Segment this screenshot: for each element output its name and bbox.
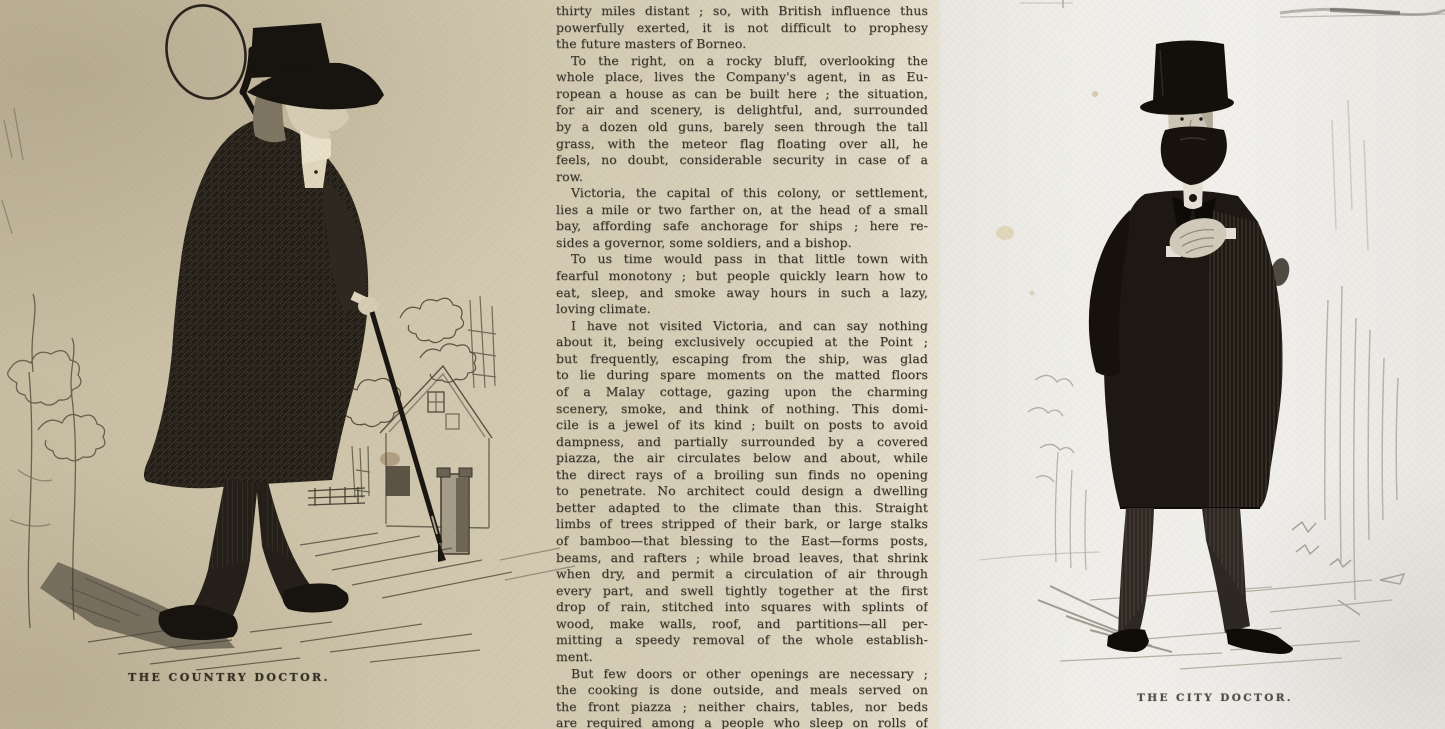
text-line: for air and scenery, is delightful, and,… bbox=[556, 102, 928, 119]
text-line: Victoria, the capital of this colony, or… bbox=[556, 185, 928, 202]
country-doctor-hand bbox=[358, 297, 378, 315]
text-line: lies a mile or two farther on, at the he… bbox=[556, 202, 928, 219]
city-doctor-coat-stripes bbox=[1208, 210, 1283, 508]
text-line: eat, sleep, and smoke away hours in such… bbox=[556, 285, 928, 302]
city-background-trees bbox=[1292, 100, 1404, 615]
article-text-column: thirty miles distant ; so, with British … bbox=[556, 3, 928, 729]
text-line: ment. bbox=[556, 649, 928, 666]
text-line: feels, no doubt, considerable security i… bbox=[556, 152, 928, 169]
city-fox-spots bbox=[996, 91, 1098, 296]
text-line: the cooking is done outside, and meals s… bbox=[556, 682, 928, 699]
text-line: whole place, lives the Company's agent, … bbox=[556, 69, 928, 86]
text-line: beams, and rafters ; while broad leaves,… bbox=[556, 550, 928, 567]
text-line: the front piazza ; neither chairs, table… bbox=[556, 699, 928, 716]
city-doctor-engraving bbox=[940, 0, 1445, 729]
text-line: are required among a people who sleep on… bbox=[556, 715, 928, 729]
country-doctor-whip bbox=[157, 0, 260, 122]
fox-spot bbox=[380, 452, 400, 466]
text-line: by a dozen old guns, barely seen through… bbox=[556, 119, 928, 136]
text-line: dampness, and partially surrounded by a … bbox=[556, 434, 928, 451]
text-line: better adapted to the climate than this.… bbox=[556, 500, 928, 517]
text-line: powerfully exerted, it is not difficult … bbox=[556, 20, 928, 37]
text-line: bay, affording safe anchorage for ships … bbox=[556, 218, 928, 235]
city-doctor-beard bbox=[1161, 127, 1227, 186]
text-line: piazza, the air circulates below and abo… bbox=[556, 450, 928, 467]
city-ground-lines bbox=[980, 552, 1392, 669]
text-line: but frequently, escaping from the ship, … bbox=[556, 351, 928, 368]
text-line: to penetrate. No architect could design … bbox=[556, 483, 928, 500]
country-doctor-figure bbox=[144, 0, 446, 640]
text-line: the future masters of Borneo. bbox=[556, 36, 928, 53]
text-line: of a Malay cottage, gazing upon the char… bbox=[556, 384, 928, 401]
country-doctor-coat-hatch bbox=[144, 120, 368, 488]
city-doctor-tie-knot bbox=[1189, 194, 1197, 202]
text-line: the direct rays of a broiling sun finds … bbox=[556, 467, 928, 484]
country-doctor-front-shoe bbox=[283, 583, 349, 612]
text-line: To the right, on a rocky bluff, overlook… bbox=[556, 53, 928, 70]
country-doctor-caption: THE COUNTRY DOCTOR. bbox=[115, 671, 343, 684]
text-line: scenery, smoke, and think of nothing. Th… bbox=[556, 401, 928, 418]
text-line: But few doors or other openings are nece… bbox=[556, 666, 928, 683]
text-line: about it, being exclusively occupied at … bbox=[556, 334, 928, 351]
text-line: loving climate. bbox=[556, 301, 928, 318]
text-line: cile is a jewel of its kind ; built on p… bbox=[556, 417, 928, 434]
country-doctor-cane bbox=[372, 312, 440, 543]
country-well-post bbox=[437, 468, 472, 554]
text-line: to lie during spare moments on the matte… bbox=[556, 367, 928, 384]
text-line: limbs of trees stripped of their bark, o… bbox=[556, 516, 928, 533]
text-line: wood, make walls, roof, and partitions—a… bbox=[556, 616, 928, 633]
text-line: drop of rain, stitched into squares with… bbox=[556, 599, 928, 616]
text-line: sides a governor, some soldiers, and a b… bbox=[556, 235, 928, 252]
scanned-page: thirty miles distant ; so, with British … bbox=[0, 0, 1445, 729]
country-doctor-shirt-frill bbox=[302, 159, 327, 188]
text-line: fearful monotony ; but people quickly le… bbox=[556, 268, 928, 285]
text-line: I have not visited Victoria, and can say… bbox=[556, 318, 928, 335]
text-line: grass, with the meteor flag floating ove… bbox=[556, 136, 928, 153]
text-line: ropean a house as can be built here ; th… bbox=[556, 86, 928, 103]
city-top-smudge bbox=[1020, 0, 1445, 17]
text-line: thirty miles distant ; so, with British … bbox=[556, 3, 928, 20]
city-doctor-hat-crown bbox=[1153, 41, 1228, 102]
city-doctor-figure bbox=[1089, 41, 1293, 655]
text-line: row. bbox=[556, 169, 928, 186]
text-line: To us time would pass in that little tow… bbox=[556, 251, 928, 268]
city-doctor-caption: THE CITY DOCTOR. bbox=[1125, 692, 1305, 704]
country-background-trees bbox=[2, 108, 105, 628]
text-line: of bamboo—that blessing to the East—form… bbox=[556, 533, 928, 550]
text-line: every part, and swell tightly together a… bbox=[556, 583, 928, 600]
city-background-scrub bbox=[1028, 375, 1086, 570]
text-line: mitting a speedy removal of the whole es… bbox=[556, 632, 928, 649]
text-line: when dry, and permit a circulation of ai… bbox=[556, 566, 928, 583]
